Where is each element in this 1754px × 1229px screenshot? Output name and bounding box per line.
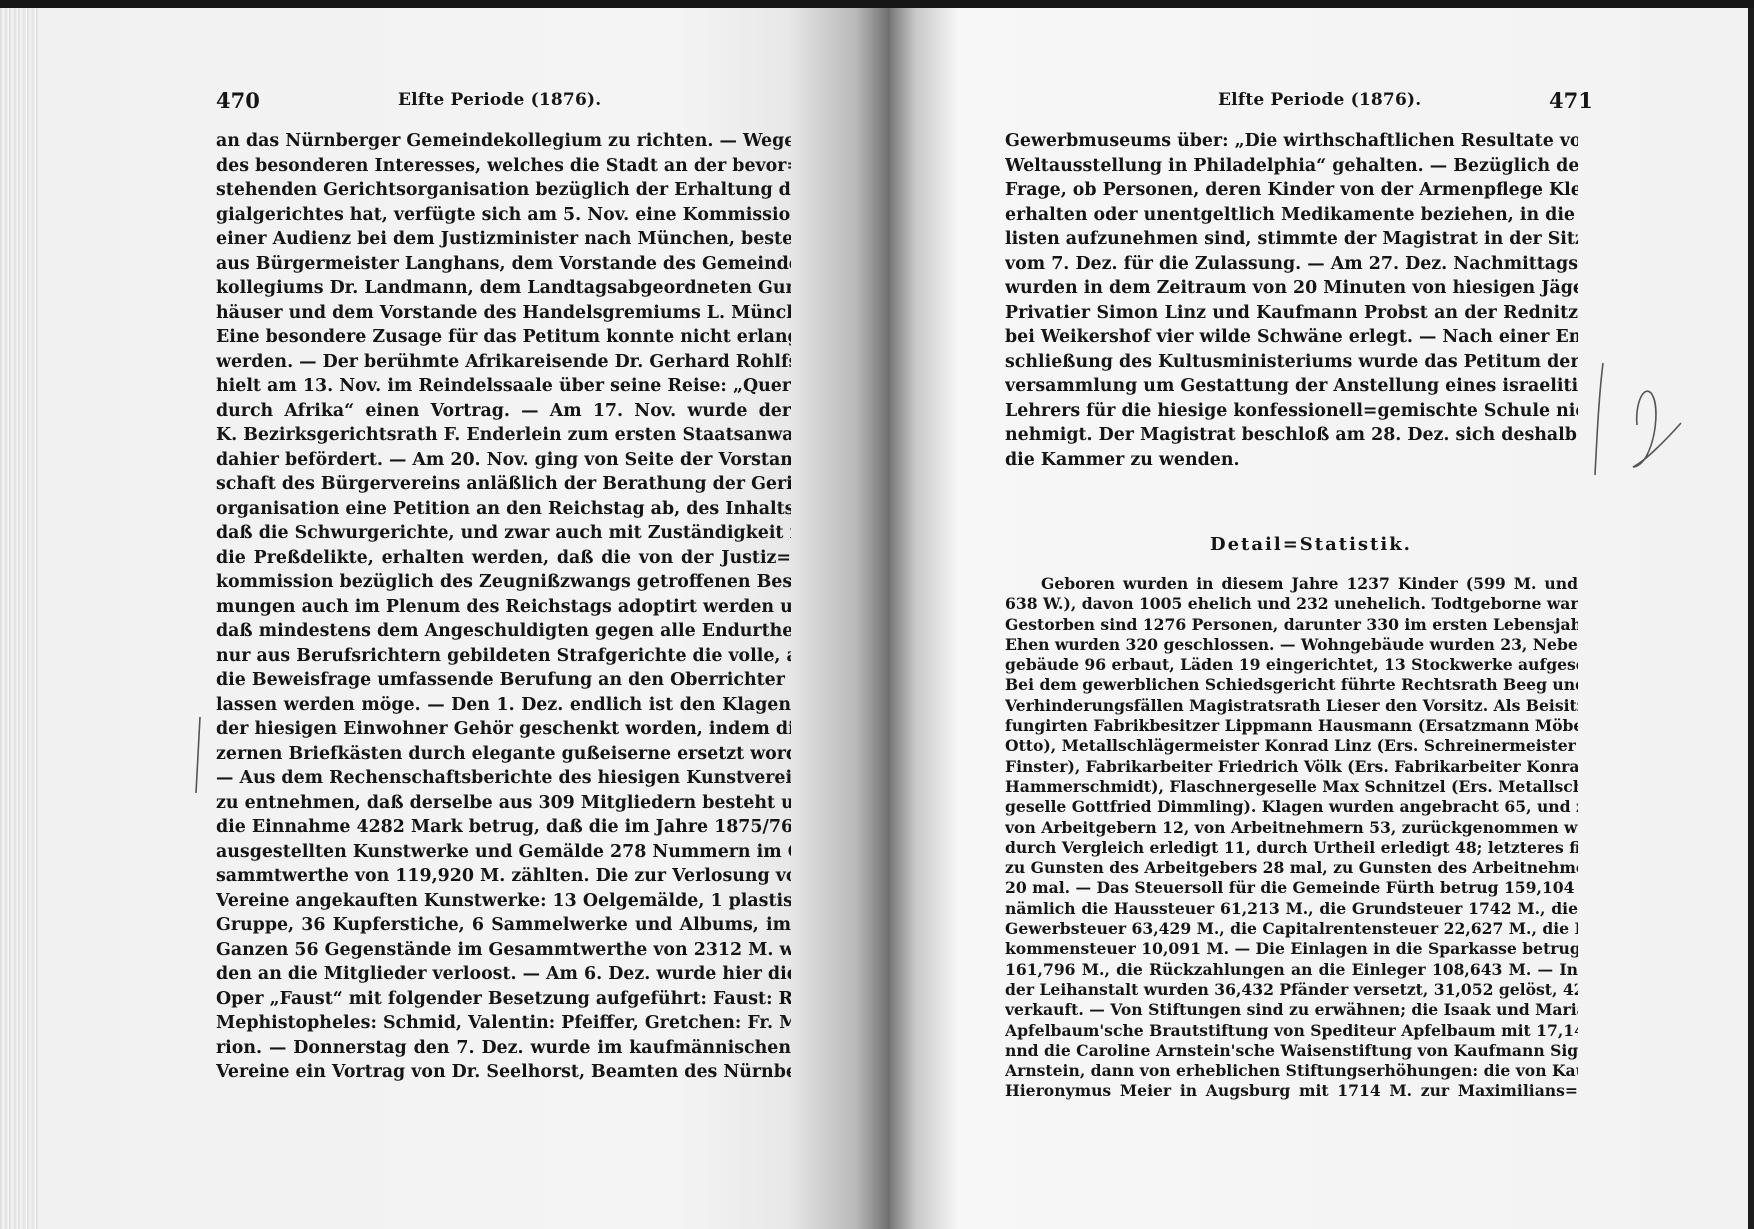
text-line: daß mindestens dem Angeschuldigten gegen… bbox=[216, 619, 791, 644]
text-line: 20 mal. — Das Steuersoll für die Gemeind… bbox=[1005, 878, 1578, 898]
text-line: stehenden Gerichtsorganisation bezüglich… bbox=[216, 178, 791, 203]
text-line: die Kammer zu wenden. bbox=[1005, 448, 1578, 473]
text-line: lassen werden möge. — Den 1. Dez. endlic… bbox=[216, 693, 791, 718]
text-line: durch Afrika“ einen Vortrag. — Am 17. No… bbox=[216, 399, 791, 424]
text-line: von Arbeitgebern 12, von Arbeitnehmern 5… bbox=[1005, 818, 1578, 838]
section-heading-detail-statistik: Detail=Statistik. bbox=[1210, 534, 1412, 555]
text-line: kommensteuer 10,091 M. — Die Einlagen in… bbox=[1005, 939, 1578, 959]
text-line: Hammerschmidt), Flaschnergeselle Max Sch… bbox=[1005, 777, 1578, 797]
text-line: erhalten oder unentgeltlich Medikamente … bbox=[1005, 203, 1578, 228]
book-page-edges bbox=[0, 8, 40, 1229]
text-line: Frage, ob Personen, deren Kinder von der… bbox=[1005, 178, 1578, 203]
text-line: zernen Briefkästen durch elegante gußeis… bbox=[216, 742, 791, 767]
text-line: Vereine ein Vortrag von Dr. Seelhorst, B… bbox=[216, 1060, 791, 1085]
text-line: Otto), Metallschlägermeister Konrad Linz… bbox=[1005, 736, 1578, 756]
text-line: 638 W.), davon 1005 ehelich und 232 uneh… bbox=[1005, 594, 1578, 614]
text-line: Apfelbaum'sche Brautstiftung von Spedite… bbox=[1005, 1021, 1578, 1041]
text-line: nämlich die Haussteuer 61,213 M., die Gr… bbox=[1005, 899, 1578, 919]
text-line: daß die Schwurgerichte, und zwar auch mi… bbox=[216, 521, 791, 546]
text-line: die Einnahme 4282 Mark betrug, daß die i… bbox=[216, 815, 791, 840]
right-running-head: Elfte Periode (1876). bbox=[1218, 90, 1421, 110]
text-line: Ganzen 56 Gegenstände im Gesammtwerthe v… bbox=[216, 938, 791, 963]
text-line: versammlung um Gestattung der Anstellung… bbox=[1005, 374, 1578, 399]
text-line: Gewerbsteuer 63,429 M., die Capitalrente… bbox=[1005, 919, 1578, 939]
text-line: den an die Mitglieder verloost. — Am 6. … bbox=[216, 962, 791, 987]
text-line: Privatier Simon Linz und Kaufmann Probst… bbox=[1005, 301, 1578, 326]
text-line: Lehrers für die hiesige konfessionell=ge… bbox=[1005, 399, 1578, 424]
scan-top-border bbox=[0, 0, 1754, 8]
text-line: Ehen wurden 320 geschlossen. — Wohngebäu… bbox=[1005, 635, 1578, 655]
text-line: bei Weikershof vier wilde Schwäne erlegt… bbox=[1005, 325, 1578, 350]
text-line: sammtwerthe von 119,920 M. zählten. Die … bbox=[216, 864, 791, 889]
text-line: ausgestellten Kunstwerke und Gemälde 278… bbox=[216, 840, 791, 865]
text-line: häuser und dem Vorstande des Handelsgrem… bbox=[216, 301, 791, 326]
text-line: der Leihanstalt wurden 36,432 Pfänder ve… bbox=[1005, 980, 1578, 1000]
text-line: Hieronymus Meier in Augsburg mit 1714 M.… bbox=[1005, 1081, 1578, 1101]
text-line: Vereine angekauften Kunstwerke: 13 Oelge… bbox=[216, 889, 791, 914]
text-line: Weltausstellung in Philadelphia“ gehalte… bbox=[1005, 154, 1578, 179]
text-line: Geboren wurden in diesem Jahre 1237 Kind… bbox=[1005, 574, 1578, 594]
scan-right-border bbox=[1748, 8, 1754, 1229]
text-line: Gruppe, 36 Kupferstiche, 6 Sammelwerke u… bbox=[216, 913, 791, 938]
text-line: schließung des Kultusministeriums wurde … bbox=[1005, 350, 1578, 375]
text-line: aus Bürgermeister Langhans, dem Vorstand… bbox=[216, 252, 791, 277]
text-line: nehmigt. Der Magistrat beschloß am 28. D… bbox=[1005, 423, 1578, 448]
text-line: Gestorben sind 1276 Personen, darunter 3… bbox=[1005, 615, 1578, 635]
left-margin-pencil-mark-icon bbox=[192, 715, 204, 795]
text-line: an das Nürnberger Gemeindekollegium zu r… bbox=[216, 129, 791, 154]
text-line: mungen auch im Plenum des Reichstags ado… bbox=[216, 595, 791, 620]
text-line: Bei dem gewerblichen Schiedsgericht führ… bbox=[1005, 675, 1578, 695]
text-line: vom 7. Dez. für die Zulassung. — Am 27. … bbox=[1005, 252, 1578, 277]
text-line: kollegiums Dr. Landmann, dem Landtagsabg… bbox=[216, 276, 791, 301]
text-line: nur aus Berufsrichtern gebildeten Strafg… bbox=[216, 644, 791, 669]
text-line: gebäude 96 erbaut, Läden 19 eingerichtet… bbox=[1005, 655, 1578, 675]
left-running-head: Elfte Periode (1876). bbox=[398, 90, 601, 110]
text-line: Finster), Fabrikarbeiter Friedrich Völk … bbox=[1005, 757, 1578, 777]
text-line: 161,796 M., die Rückzahlungen an die Ein… bbox=[1005, 960, 1578, 980]
text-line: gialgerichtes hat, verfügte sich am 5. N… bbox=[216, 203, 791, 228]
text-line: durch Vergleich erledigt 11, durch Urthe… bbox=[1005, 838, 1578, 858]
text-line: Arnstein, dann von erheblichen Stiftungs… bbox=[1005, 1061, 1578, 1081]
text-line: wurden in dem Zeitraum von 20 Minuten vo… bbox=[1005, 276, 1578, 301]
text-line: dahier befördert. — Am 20. Nov. ging von… bbox=[216, 448, 791, 473]
handwritten-margin-annotation-icon bbox=[1585, 355, 1695, 485]
text-line: zu entnehmen, daß derselbe aus 309 Mitgl… bbox=[216, 791, 791, 816]
statistics-paragraph: Geboren wurden in diesem Jahre 1237 Kind… bbox=[1005, 574, 1578, 1102]
text-line: — Aus dem Rechenschaftsberichte des hies… bbox=[216, 766, 791, 791]
text-line: K. Bezirksgerichtsrath F. Enderlein zum … bbox=[216, 423, 791, 448]
text-line: geselle Gottfried Dimmling). Klagen wurd… bbox=[1005, 797, 1578, 817]
text-line: Oper „Faust“ mit folgender Besetzung auf… bbox=[216, 987, 791, 1012]
text-line: die Preßdelikte, erhalten werden, daß di… bbox=[216, 546, 791, 571]
text-line: nnd die Caroline Arnstein'sche Waisensti… bbox=[1005, 1041, 1578, 1061]
text-line: schaft des Bürgervereins anläßlich der B… bbox=[216, 472, 791, 497]
text-line: des besonderen Interesses, welches die S… bbox=[216, 154, 791, 179]
left-text-column: an das Nürnberger Gemeindekollegium zu r… bbox=[216, 129, 791, 1085]
text-line: listen aufzunehmen sind, stimmte der Mag… bbox=[1005, 227, 1578, 252]
text-line: zu Gunsten des Arbeitgebers 28 mal, zu G… bbox=[1005, 858, 1578, 878]
text-line: verkauft. — Von Stiftungen sind zu erwäh… bbox=[1005, 1000, 1578, 1020]
text-line: Gewerbmuseums über: „Die wirthschaftlich… bbox=[1005, 129, 1578, 154]
text-line: die Beweisfrage umfassende Berufung an d… bbox=[216, 668, 791, 693]
text-line: fungirten Fabrikbesitzer Lippmann Hausma… bbox=[1005, 716, 1578, 736]
text-line: Mephistopheles: Schmid, Valentin: Pfeiff… bbox=[216, 1011, 791, 1036]
text-line: der hiesigen Einwohner Gehör geschenkt w… bbox=[216, 717, 791, 742]
right-page-number: 471 bbox=[1549, 88, 1593, 113]
text-line: organisation eine Petition an den Reichs… bbox=[216, 497, 791, 522]
left-page-number: 470 bbox=[216, 88, 260, 113]
text-line: kommission bezüglich des Zeugnißzwangs g… bbox=[216, 570, 791, 595]
text-line: rion. — Donnerstag den 7. Dez. wurde im … bbox=[216, 1036, 791, 1061]
text-line: einer Audienz bei dem Justizminister nac… bbox=[216, 227, 791, 252]
right-text-column: Gewerbmuseums über: „Die wirthschaftlich… bbox=[1005, 129, 1578, 472]
text-line: Eine besondere Zusage für das Petitum ko… bbox=[216, 325, 791, 350]
text-line: Verhinderungsfällen Magistratsrath Liese… bbox=[1005, 696, 1578, 716]
text-line: werden. — Der berühmte Afrikareisende Dr… bbox=[216, 350, 791, 375]
text-line: hielt am 13. Nov. im Reindelssaale über … bbox=[216, 374, 791, 399]
